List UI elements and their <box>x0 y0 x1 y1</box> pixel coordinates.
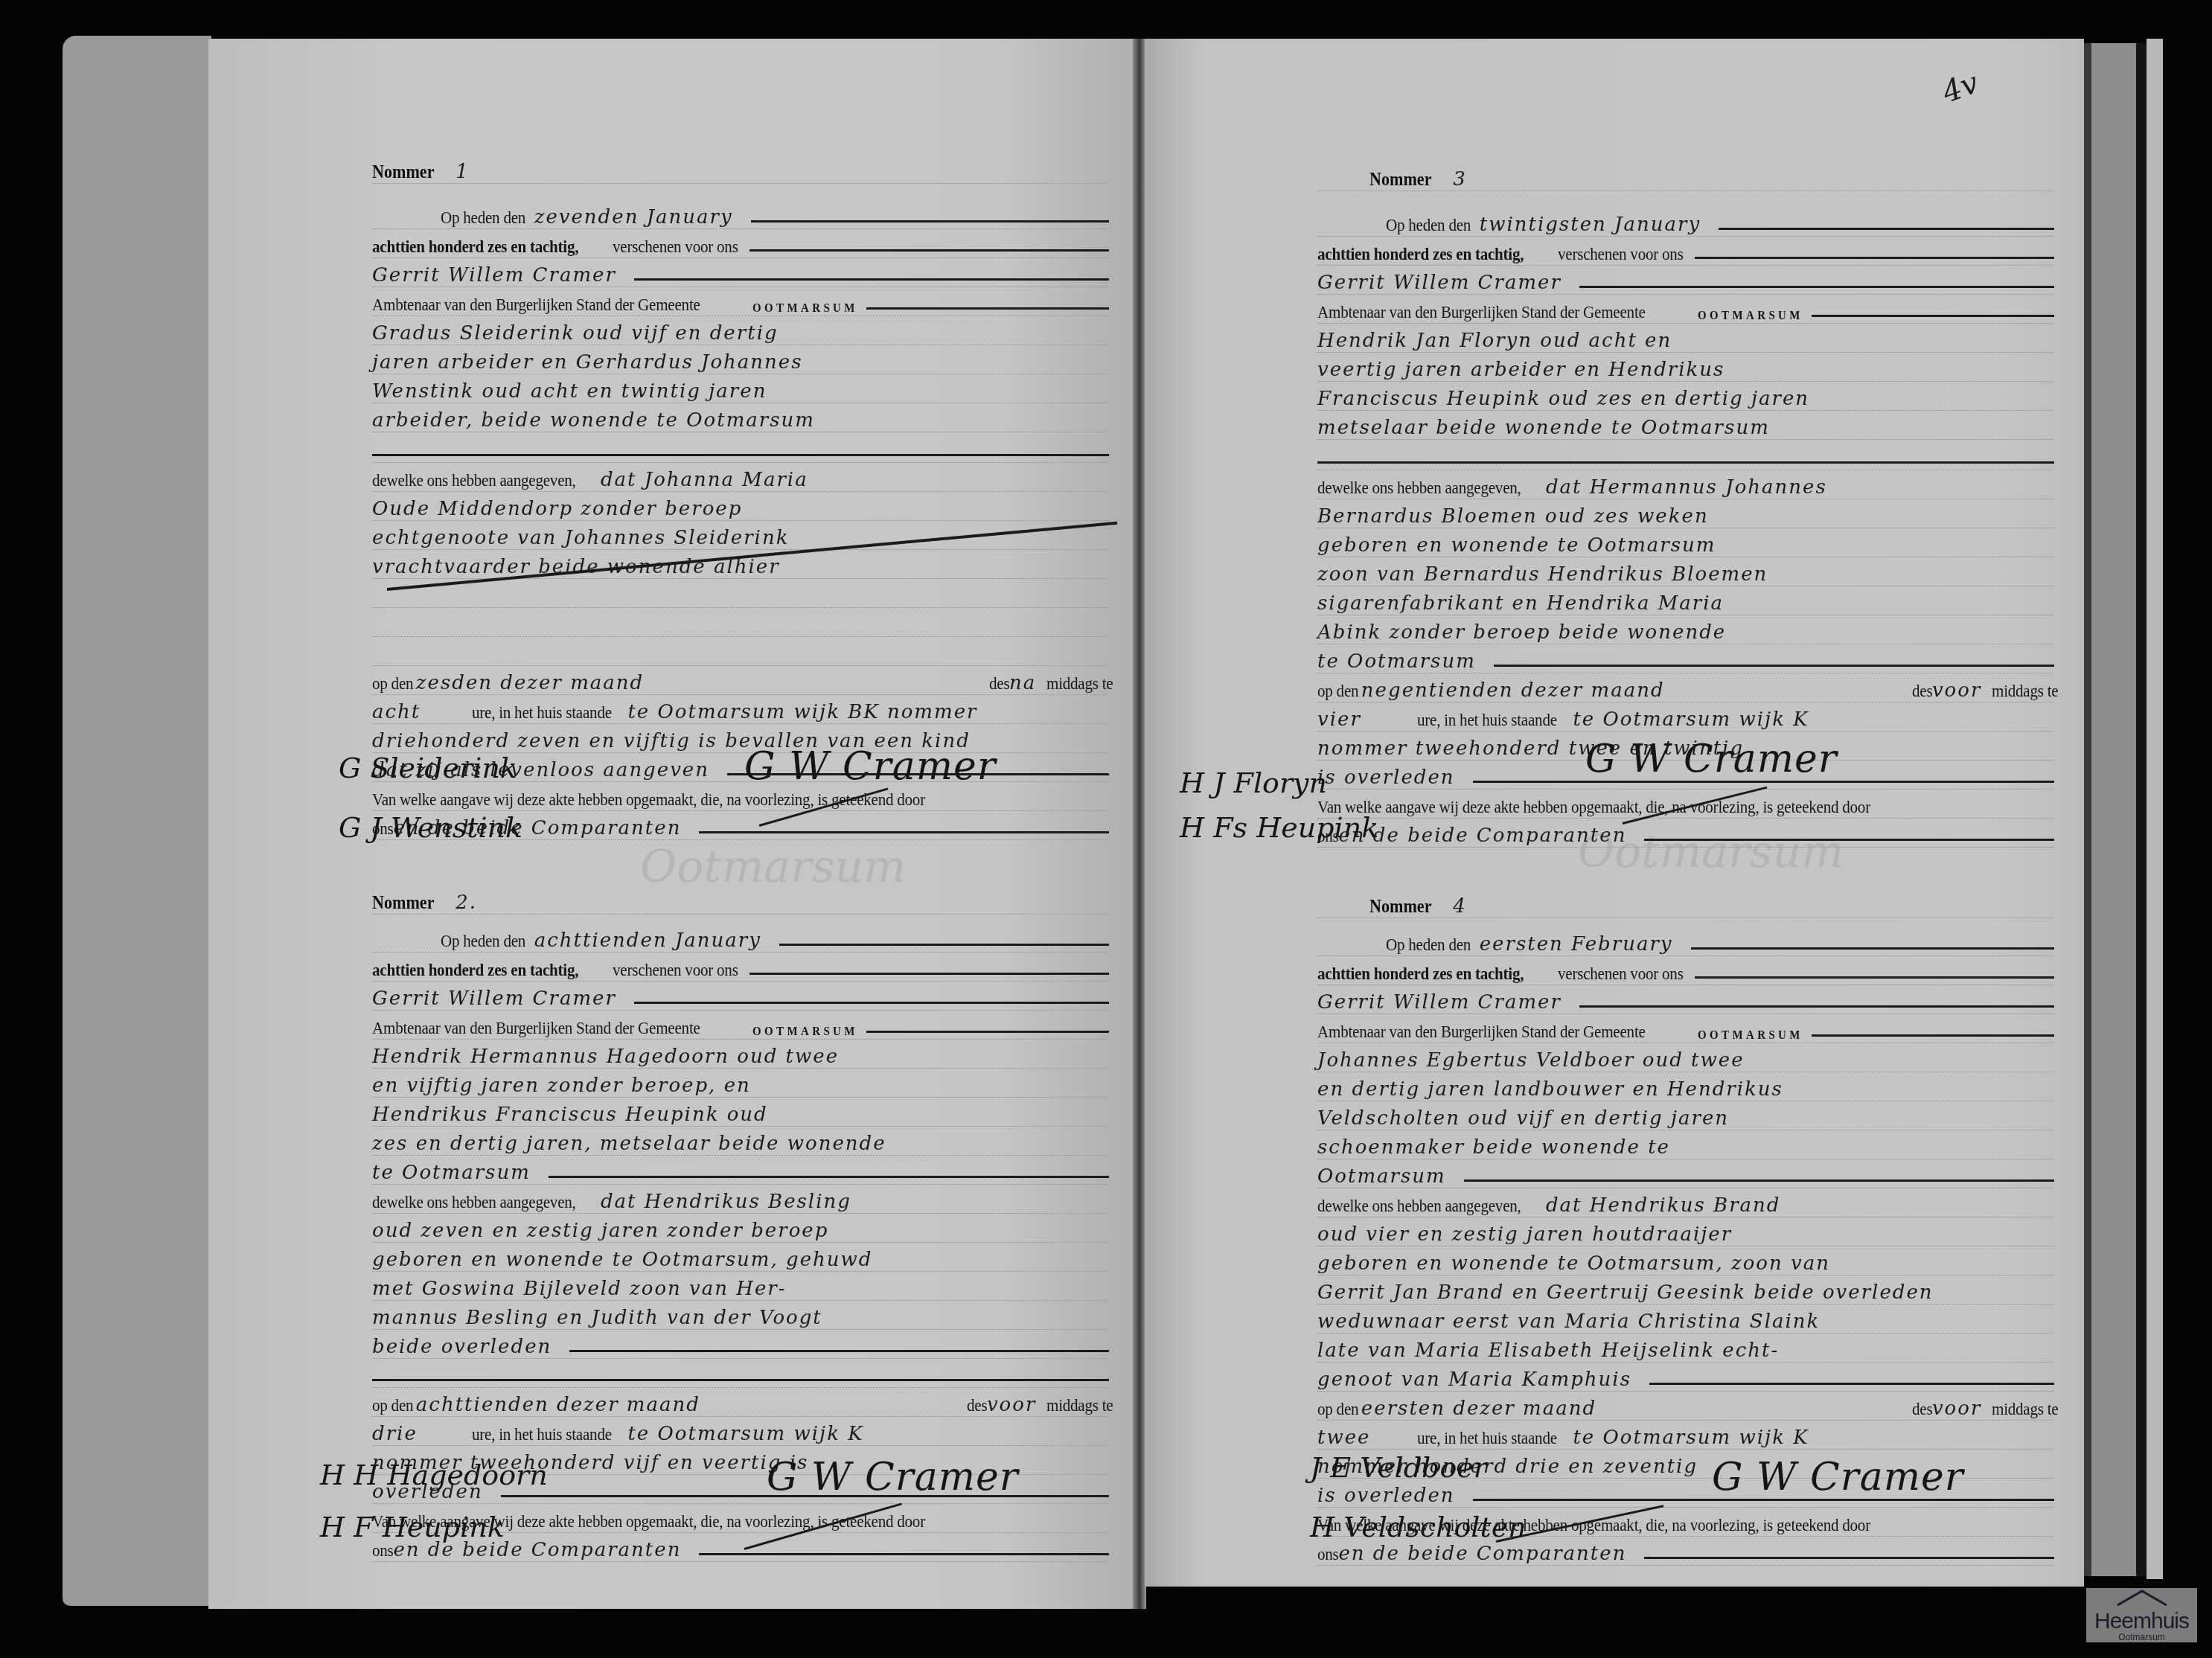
entry-number: 4 <box>1453 895 1467 918</box>
logo-subtitle: Ootmarsum <box>2118 1632 2165 1642</box>
entry-number-row: Nommer 1 <box>372 155 1109 184</box>
entry-date: eersten February <box>1480 933 1673 956</box>
official-name: Gerrit Willem Cramer <box>372 988 616 1010</box>
logo-name: Heemhuis <box>2094 1611 2189 1632</box>
hour: drie <box>372 1423 461 1445</box>
official-name: Gerrit Willem Cramer <box>372 264 616 287</box>
year-row: achttien honderd zes en tachtig, versche… <box>372 229 1109 258</box>
hour: acht <box>372 701 461 723</box>
place-row: acht ure, in het huis staande te Ootmars… <box>372 695 1109 724</box>
hour: twee <box>1317 1427 1407 1449</box>
date-row: Op heden den zevenden January <box>372 200 1109 229</box>
official-signature: G W Cramer <box>1585 737 1838 781</box>
official-row: Gerrit Willem Cramer <box>372 258 1109 287</box>
official-signature: G W Cramer <box>1712 1455 1964 1499</box>
municipality: OOTMARSUM <box>752 301 858 316</box>
flyleaf-left <box>63 36 211 1606</box>
entry-number: 2. <box>455 892 477 914</box>
official-name: Gerrit Willem Cramer <box>1317 272 1561 294</box>
page-edge <box>2084 43 2091 1576</box>
page-edge <box>2091 43 2136 1576</box>
event-date-row: op den zesden dezer maand des na middags… <box>372 666 1109 695</box>
page-edge <box>2136 43 2147 1576</box>
entry-number: 3 <box>1453 168 1467 191</box>
witness-signature: J E Veldboer <box>1310 1451 1487 1484</box>
ambtenaar-row: Ambtenaar van den Burgerlijken Stand der… <box>372 287 1109 316</box>
witness-signature: H H Hagedoorn <box>320 1459 548 1491</box>
des-value: voor <box>1932 1398 1981 1420</box>
witness-signature: H Veldscholten <box>1310 1511 1527 1543</box>
official-signature: G W Cramer <box>767 1455 1019 1499</box>
number-label: Nommer <box>372 161 434 183</box>
declaration-row: dewelke ons hebben aangegeven, dat Johan… <box>372 463 1109 492</box>
witness-signature: G Sleiderink <box>339 752 517 784</box>
register-entry-1: Nommer 1 Op heden den zevenden January a… <box>372 155 1109 840</box>
page-edge <box>2147 39 2163 1579</box>
house-roof-icon <box>2116 1590 2168 1606</box>
entry-number: 1 <box>455 161 470 183</box>
witness-signature: H F Heupink <box>320 1511 505 1543</box>
des-value: voor <box>987 1394 1036 1416</box>
official-signature: G W Cramer <box>744 744 997 789</box>
witness-signature: G J Wenstink <box>339 811 522 844</box>
entry-date: zevenden January <box>534 206 733 228</box>
entry-date: achttienden January <box>534 929 761 952</box>
des-value: na <box>1009 672 1036 694</box>
witness-signature: H J Floryn <box>1180 766 1327 799</box>
hour: vier <box>1317 708 1407 731</box>
witness-signature: H Fs Heupink <box>1180 811 1378 844</box>
des-value: voor <box>1932 679 1981 702</box>
official-name: Gerrit Willem Cramer <box>1317 991 1561 1014</box>
entry-date: twintigsten January <box>1480 214 1701 236</box>
heemhuis-logo: Heemhuis Ootmarsum <box>2086 1588 2197 1642</box>
